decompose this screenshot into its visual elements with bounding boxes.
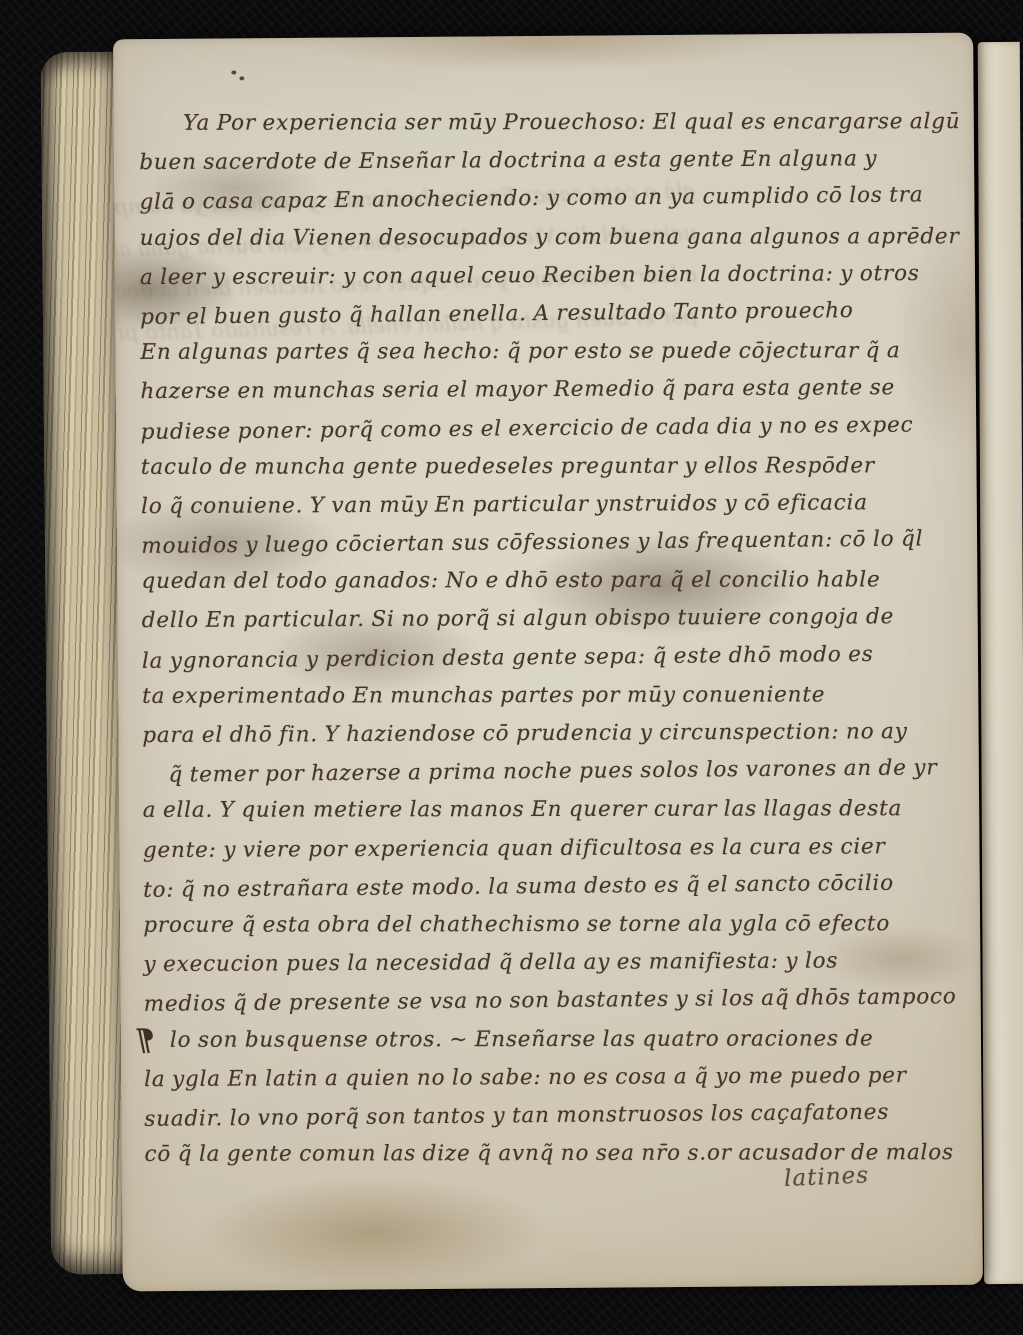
manuscript-line: q̃ temer por hazerse a prima noche pues … [142, 749, 954, 795]
manuscript-line: la ygla En latin a quien no lo sabe: no … [144, 1057, 956, 1099]
manuscript-line: quedan del todo ganados: No e dhō esto p… [141, 561, 953, 601]
manuscript-line: ta experimentado En munchas partes por m… [142, 676, 954, 716]
manuscript-line: En algunas partes q̃ sea hecho: q̃ por e… [140, 332, 952, 372]
ink-dot [239, 76, 244, 80]
manuscript-line: hazerse en munchas seria el mayor Remedi… [140, 369, 952, 411]
manuscript-line: lo son busquense otros. ~ Enseñarse las … [144, 1020, 956, 1060]
manuscript-line: Ya Por experiencia ser mūy Prouechoso: E… [139, 103, 951, 143]
next-page-edge [978, 42, 1023, 1284]
manuscript-line: y execucion pues la necesidad q̃ della a… [143, 942, 955, 984]
photo-background: { "manuscript": { "lines": [ "Ya Por exp… [0, 0, 1023, 1335]
manuscript-line: a ella. Y quien metiere las manos En que… [143, 791, 955, 831]
manuscript-line: glā o casa capaz En anocheciendo: y como… [139, 176, 951, 222]
manuscript-line: gente: y viere por experiencia quan difi… [143, 827, 955, 869]
manuscript-line: suadir. lo vno porq̃ son tantos y tan mo… [144, 1093, 956, 1139]
manuscript-photo: glā o casa capaz En anocheciendo: y como… [0, 0, 1023, 1335]
manuscript-page: glā o casa capaz En anocheciendo: y como… [113, 33, 983, 1292]
manuscript-line: la ygnorancia y perdicion desta gente se… [142, 635, 954, 681]
ink-dot [231, 70, 236, 74]
text-block: Ya Por experiencia ser mūy Prouechoso: E… [139, 102, 957, 1175]
manuscript-line: mouidos y luego cōciertan sus cōfessione… [141, 520, 953, 566]
manuscript-line: lo q̃ conuiene. Y van mūy En particular … [141, 484, 953, 526]
manuscript-line: a leer y escreuir: y con aquel ceuo Reci… [140, 255, 952, 297]
manuscript-line: pudiese poner: porq̃ como es el exercici… [141, 406, 953, 452]
manuscript-line: procure q̃ esta obra del chathechismo se… [143, 905, 955, 945]
manuscript-line: por el buen gusto q̃ hallan enella. A re… [140, 291, 952, 337]
manuscript-line: medios q̃ de presente se vsa no son bast… [144, 978, 956, 1024]
manuscript-line: para el dhō fin. Y haziendose cō prudenc… [142, 713, 954, 755]
manuscript-line: taculo de muncha gente puedeseles pregun… [141, 447, 953, 487]
manuscript-line: to: q̃ no estrañara este modo. la suma d… [143, 864, 955, 910]
manuscript-line: dello En particular. Si no porq̃ si algu… [142, 598, 954, 640]
manuscript-line: uajos del dia Vienen desocupados y com b… [140, 218, 952, 258]
manuscript-line: buen sacerdote de Enseñar la doctrina a … [139, 140, 951, 182]
